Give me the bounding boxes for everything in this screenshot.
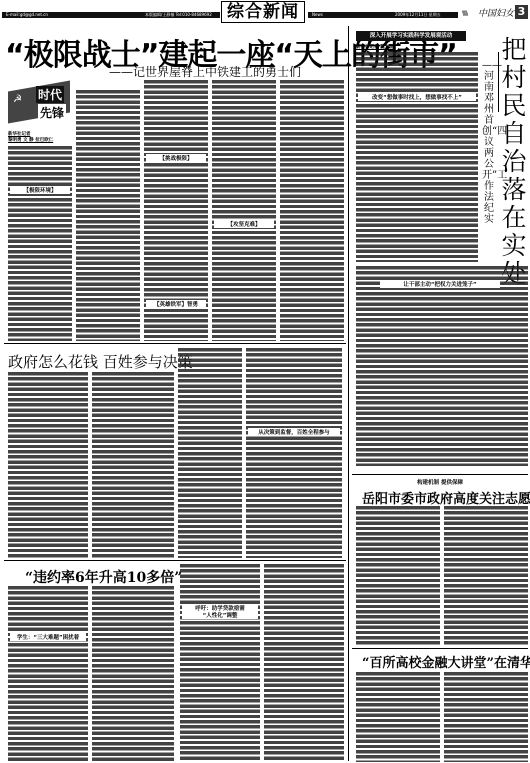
default-headline: “违约率6年升高10多倍” bbox=[25, 567, 182, 587]
page-number: 3 bbox=[515, 5, 528, 19]
lead-text-col5 bbox=[280, 80, 344, 341]
column-logo: ☭ 时代 先锋 bbox=[8, 82, 70, 122]
govt-headline: 政府怎么花钱 百姓参与决策 bbox=[8, 351, 193, 372]
finance-text-col2 bbox=[444, 672, 528, 762]
default-text-col2 bbox=[92, 586, 174, 761]
masthead-stripes-icon: \\\\\ bbox=[462, 10, 467, 17]
feature-banner: 深入开展学习实践科学发展观活动 bbox=[356, 31, 466, 41]
yueyang-text-col1 bbox=[356, 506, 440, 646]
party-emblem-icon: ☭ bbox=[13, 94, 22, 105]
masthead-section-en: News bbox=[312, 12, 323, 18]
section-title: 综合新闻 bbox=[221, 1, 305, 23]
lead-text-col2 bbox=[76, 90, 140, 341]
feature-text-col1 bbox=[356, 52, 478, 262]
lead-byline-names: 黎明勇 文 静 拉巴欧仁 bbox=[8, 138, 53, 144]
masthead-email: E-mail:gd@gd.net.cn bbox=[6, 12, 48, 18]
default-subhead-1: 学生：“三大难题”困扰着 bbox=[10, 633, 86, 641]
masthead-editor: 本版编辑/王静楠 Tel:010-84689692 bbox=[145, 12, 212, 18]
feature-byline: 新华社记者 魏允苗 bbox=[356, 45, 394, 51]
finance-text-col1 bbox=[356, 672, 440, 762]
govt-subhead-1: 从决策到监督，百姓全程参与 bbox=[248, 428, 340, 436]
divider-lead bbox=[4, 343, 346, 344]
divider-yueyang bbox=[352, 648, 528, 649]
lead-text-col4 bbox=[212, 80, 276, 341]
lead-subhead-2: 【挑战极限】 bbox=[146, 154, 206, 162]
logo-text-top: 时代 bbox=[36, 86, 64, 103]
masthead: E-mail:gd@gd.net.cn 本版编辑/王静楠 Tel:010-846… bbox=[0, 0, 530, 24]
masthead-date: 2009年12月11日 星期五 bbox=[395, 12, 441, 18]
lead-text-col1 bbox=[8, 146, 72, 341]
govt-text-col1 bbox=[178, 348, 242, 558]
feature-subhead-1: 改变“想做事时找上，想做事找不上” bbox=[358, 93, 476, 101]
govt-text-col4 bbox=[246, 348, 342, 558]
default-text-col3 bbox=[180, 564, 260, 761]
lead-subheadline: ——记世界屋脊上中铁建工的勇士们 bbox=[60, 63, 350, 80]
lead-subhead-3: 【攻坚克难】 bbox=[214, 220, 274, 228]
feature-vertical-title: 把村民自治落在实处 bbox=[500, 36, 528, 288]
divider-vertical bbox=[348, 26, 349, 761]
govt-text-col3 bbox=[92, 372, 174, 558]
default-subhead-3: “人性化”调整 bbox=[182, 611, 258, 619]
feature-vertical-subtitle: ——河南邓州首创“四议两公开”工作法纪实 bbox=[482, 60, 496, 225]
yueyang-headline: 岳阳市委市政府高度关注志愿者工作 bbox=[362, 488, 530, 507]
divider-feature bbox=[352, 474, 528, 475]
lead-subhead-1: 【极限环境】 bbox=[10, 186, 70, 194]
feature-subhead-2: 让干部主动“把权力关进笼子” bbox=[380, 280, 500, 288]
yueyang-kicker: 构建机制 提供保障 bbox=[352, 478, 528, 486]
default-text-col4 bbox=[264, 564, 344, 761]
yueyang-text-col2 bbox=[444, 506, 528, 646]
divider-govt bbox=[4, 560, 346, 561]
logo-text-bottom: 先锋 bbox=[38, 104, 66, 121]
finance-headline: “百所高校金融大讲堂”在清华举办 bbox=[362, 652, 530, 671]
govt-text-col2 bbox=[8, 372, 88, 558]
feature-title-text: 把村民自治落在实处 bbox=[501, 35, 526, 288]
default-text-col1 bbox=[8, 586, 88, 761]
lead-subhead-4: 【英雄铁军】智勇 bbox=[146, 300, 206, 308]
feature-text-col2 bbox=[356, 266, 528, 466]
